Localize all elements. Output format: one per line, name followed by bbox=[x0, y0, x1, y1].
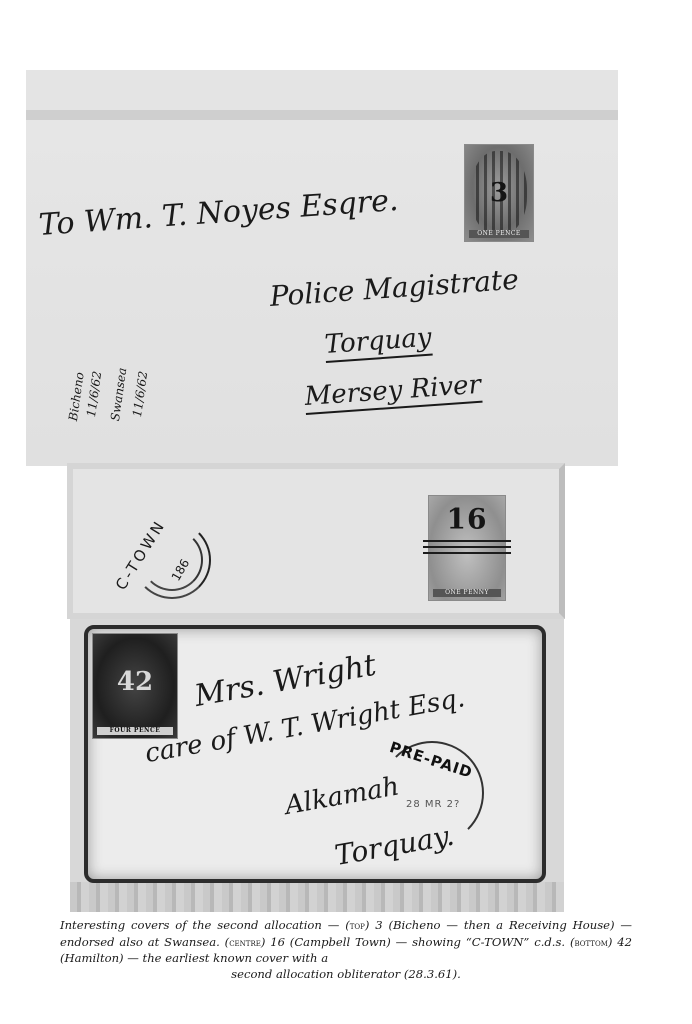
endorsement-date-2: 11/6/62 bbox=[130, 370, 150, 418]
cover-top: 3 ONE PENCE To Wm. T. Noyes Esqre. Polic… bbox=[26, 110, 618, 466]
stained-edge bbox=[70, 882, 564, 912]
stamp-centre: 16 ONE PENNY bbox=[428, 495, 506, 601]
address-line-4: Mersey River bbox=[304, 370, 482, 415]
stamp-bottom: 42 FOUR PENCE bbox=[92, 633, 178, 739]
caption-text: Interesting covers of the second allocat… bbox=[60, 918, 350, 932]
endorsement-date-1: 11/6/62 bbox=[84, 370, 104, 418]
endorsement-swansea: Swansea bbox=[108, 367, 129, 422]
stamp-value: FOUR PENCE bbox=[97, 727, 173, 735]
cds-postmark: C-TOWN 186 bbox=[133, 521, 211, 599]
stamp-top: 3 ONE PENCE bbox=[464, 144, 534, 242]
cancel-number: 16 bbox=[447, 502, 488, 535]
caption-last-line: second allocation obliterator (28.3.61). bbox=[60, 967, 632, 983]
photo-plate: 3 ONE PENCE To Wm. T. Noyes Esqre. Polic… bbox=[26, 70, 618, 912]
caption-label-centre: centre bbox=[229, 937, 261, 949]
cover-bottom: 42 FOUR PENCE Mrs. Wright care of W. T. … bbox=[70, 619, 564, 912]
caption-text: ) 16 (Campbell Town) — showing “C-TOWN” … bbox=[261, 935, 575, 949]
address-line-1: To Wm. T. Noyes Esqre. bbox=[38, 183, 400, 243]
cancel-number: 3 bbox=[490, 178, 508, 208]
figure-caption: Interesting covers of the second allocat… bbox=[60, 918, 632, 982]
cover-centre: C-TOWN 186 16 ONE PENNY bbox=[67, 463, 565, 619]
cover-bottom-face: 42 FOUR PENCE Mrs. Wright care of W. T. … bbox=[84, 625, 546, 883]
caption-label-bottom: bottom bbox=[574, 937, 607, 949]
cover-flap bbox=[26, 110, 618, 120]
stamp-value: ONE PENNY bbox=[433, 589, 501, 597]
address-line-2: Police Magistrate bbox=[269, 263, 520, 313]
stamp-value: ONE PENCE bbox=[469, 230, 529, 238]
caption-label-top: top bbox=[350, 920, 365, 932]
address-line-3: Torquay bbox=[324, 323, 433, 363]
cancel-number: 42 bbox=[117, 667, 153, 697]
barred-obliterator bbox=[423, 540, 511, 558]
prepaid-date: 28 MR 2? bbox=[406, 799, 460, 810]
